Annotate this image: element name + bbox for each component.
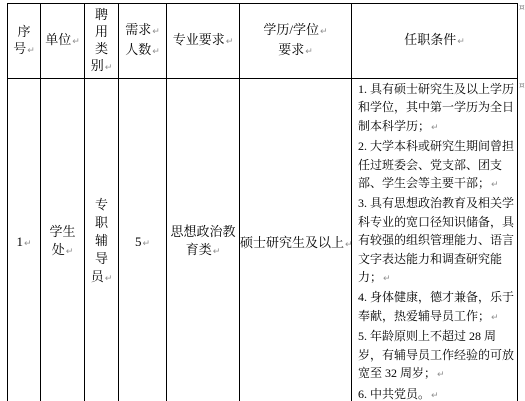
condition-item: 1. 具有硕士研究生及以上学历和学位，其中第一学历为全日制本科学历；↵ <box>358 80 515 137</box>
cell-text: 处 <box>52 242 65 257</box>
condition-item: 6. 中共党员。↵ <box>358 385 515 401</box>
header-unit: 单位↵ <box>41 4 85 79</box>
document-page: 序 号↵ 单位↵ 聘 用 类 别↵ 需求↵ 人数↵ 专业要求↵ 学历/学位↵ 要… <box>0 0 525 401</box>
cell-text: 育类 <box>186 242 212 257</box>
paragraph-mark: ↵ <box>437 370 445 380</box>
paragraph-mark: ↵ <box>305 47 313 57</box>
table-row: 1↵ 学生 处↵ 专 职 辅 导 员↵ 5↵ 思想政治教 育类↵ 硕士研究生及以… <box>8 79 518 401</box>
header-line: 用 <box>85 23 118 40</box>
header-line: 需求↵ <box>119 21 166 41</box>
paragraph-mark: ↵ <box>27 46 35 56</box>
condition-text: 6. 中共党员。 <box>358 387 430 401</box>
cell-serial-number: 1↵ <box>8 79 41 401</box>
paragraph-mark: ↵ <box>213 247 221 257</box>
cell-job-conditions: 1. 具有硕士研究生及以上学历和学位，其中第一学历为全日制本科学历；↵ 2. 大… <box>352 79 518 401</box>
row-end-mark: ¤ <box>519 4 525 13</box>
header-text: 需求 <box>125 22 151 37</box>
paragraph-mark: ↵ <box>491 313 499 323</box>
paragraph-mark: ↵ <box>66 247 74 257</box>
paragraph-mark: ↵ <box>24 239 32 249</box>
header-line: 号↵ <box>8 40 40 60</box>
header-line: 单位↵ <box>41 31 84 51</box>
cell-employment-category: 专 职 辅 导 员↵ <box>85 79 119 401</box>
cell-line: 导 <box>85 250 118 268</box>
cell-text: 5 <box>135 234 142 249</box>
header-employment-category: 聘 用 类 别↵ <box>85 4 119 79</box>
paragraph-mark: ↵ <box>431 123 439 133</box>
paragraph-mark: ↵ <box>152 47 160 57</box>
paragraph-mark: ↵ <box>72 37 80 47</box>
cell-headcount: 5↵ <box>119 79 167 401</box>
cell-line: 专 <box>85 196 118 214</box>
paragraph-mark: ↵ <box>320 27 328 37</box>
header-text: 别 <box>91 58 104 73</box>
condition-text: 3. 具有思想政治教育及相关学科专业的宽口径知识储备，具有较强的组织管理能力、语… <box>358 196 514 284</box>
cell-text: 员 <box>91 269 104 284</box>
cell-line: 辅 <box>85 232 118 250</box>
paragraph-mark: ↵ <box>457 37 465 47</box>
condition-item: 4. 身体健康，德才兼备，乐于奉献，热爱辅导员工作；↵ <box>358 288 515 327</box>
cell-degree-requirement: 硕士研究生及以上↵ <box>240 79 352 401</box>
header-text: 任职条件 <box>404 32 456 47</box>
header-line: 专业要求↵ <box>167 31 239 51</box>
cell-text: 1 <box>16 234 23 249</box>
header-row: 序 号↵ 单位↵ 聘 用 类 别↵ 需求↵ 人数↵ 专业要求↵ 学历/学位↵ 要… <box>8 4 518 79</box>
header-line: 序 <box>8 23 40 40</box>
header-text: 学历/学位 <box>263 22 319 37</box>
cell-line: 育类↵ <box>167 241 239 261</box>
cell-line: 职 <box>85 214 118 232</box>
paragraph-mark: ↵ <box>142 239 150 249</box>
header-major-requirement: 专业要求↵ <box>167 4 240 79</box>
paragraph-mark: ↵ <box>345 240 353 250</box>
cell-line: 处↵ <box>41 241 84 261</box>
header-text: 单位 <box>45 32 71 47</box>
paragraph-mark: ↵ <box>431 391 439 401</box>
condition-item: 3. 具有思想政治教育及相关学科专业的宽口径知识储备，具有较强的组织管理能力、语… <box>358 194 515 288</box>
paragraph-mark: ↵ <box>383 274 391 284</box>
condition-text: 5. 年龄原则上不超过 28 周岁，有辅导员工作经验的可放宽至 32 周岁； <box>358 329 514 380</box>
cell-line: 思想政治教 <box>167 223 239 241</box>
header-job-conditions: 任职条件↵ <box>352 4 518 79</box>
paragraph-mark: ↵ <box>491 180 499 190</box>
cell-text: 硕士研究生及以上 <box>240 235 344 250</box>
header-text: 号 <box>13 41 26 56</box>
header-headcount: 需求↵ 人数↵ <box>119 4 167 79</box>
paragraph-mark: ↵ <box>105 63 113 73</box>
header-serial-number: 序 号↵ <box>8 4 41 79</box>
header-line: 别↵ <box>85 57 118 77</box>
recruitment-table: 序 号↵ 单位↵ 聘 用 类 别↵ 需求↵ 人数↵ 专业要求↵ 学历/学位↵ 要… <box>7 3 518 401</box>
condition-item: 5. 年龄原则上不超过 28 周岁，有辅导员工作经验的可放宽至 32 周岁；↵ <box>358 327 515 384</box>
header-line: 任职条件↵ <box>352 31 517 51</box>
paragraph-mark: ↵ <box>152 27 160 37</box>
header-text: 要求 <box>278 42 304 57</box>
paragraph-mark: ↵ <box>226 37 234 47</box>
header-line: 要求↵ <box>240 41 351 61</box>
header-text: 专业要求 <box>173 32 225 47</box>
header-line: 聘 <box>85 6 118 23</box>
header-line: 人数↵ <box>119 41 166 61</box>
paragraph-mark: ↵ <box>105 274 113 284</box>
cell-unit: 学生 处↵ <box>41 79 85 401</box>
row-end-mark: ¤ <box>519 82 525 91</box>
header-line: 学历/学位↵ <box>240 21 351 41</box>
cell-line: 学生 <box>41 223 84 241</box>
cell-major-requirement: 思想政治教 育类↵ <box>167 79 240 401</box>
header-degree-requirement: 学历/学位↵ 要求↵ <box>240 4 352 79</box>
header-line: 类 <box>85 40 118 57</box>
condition-item: 2. 大学本科或研究生期间曾担任过班委会、党支部、团支部、学生会等主要干部；↵ <box>358 137 515 194</box>
header-text: 人数 <box>125 42 151 57</box>
cell-line: 员↵ <box>85 268 118 288</box>
